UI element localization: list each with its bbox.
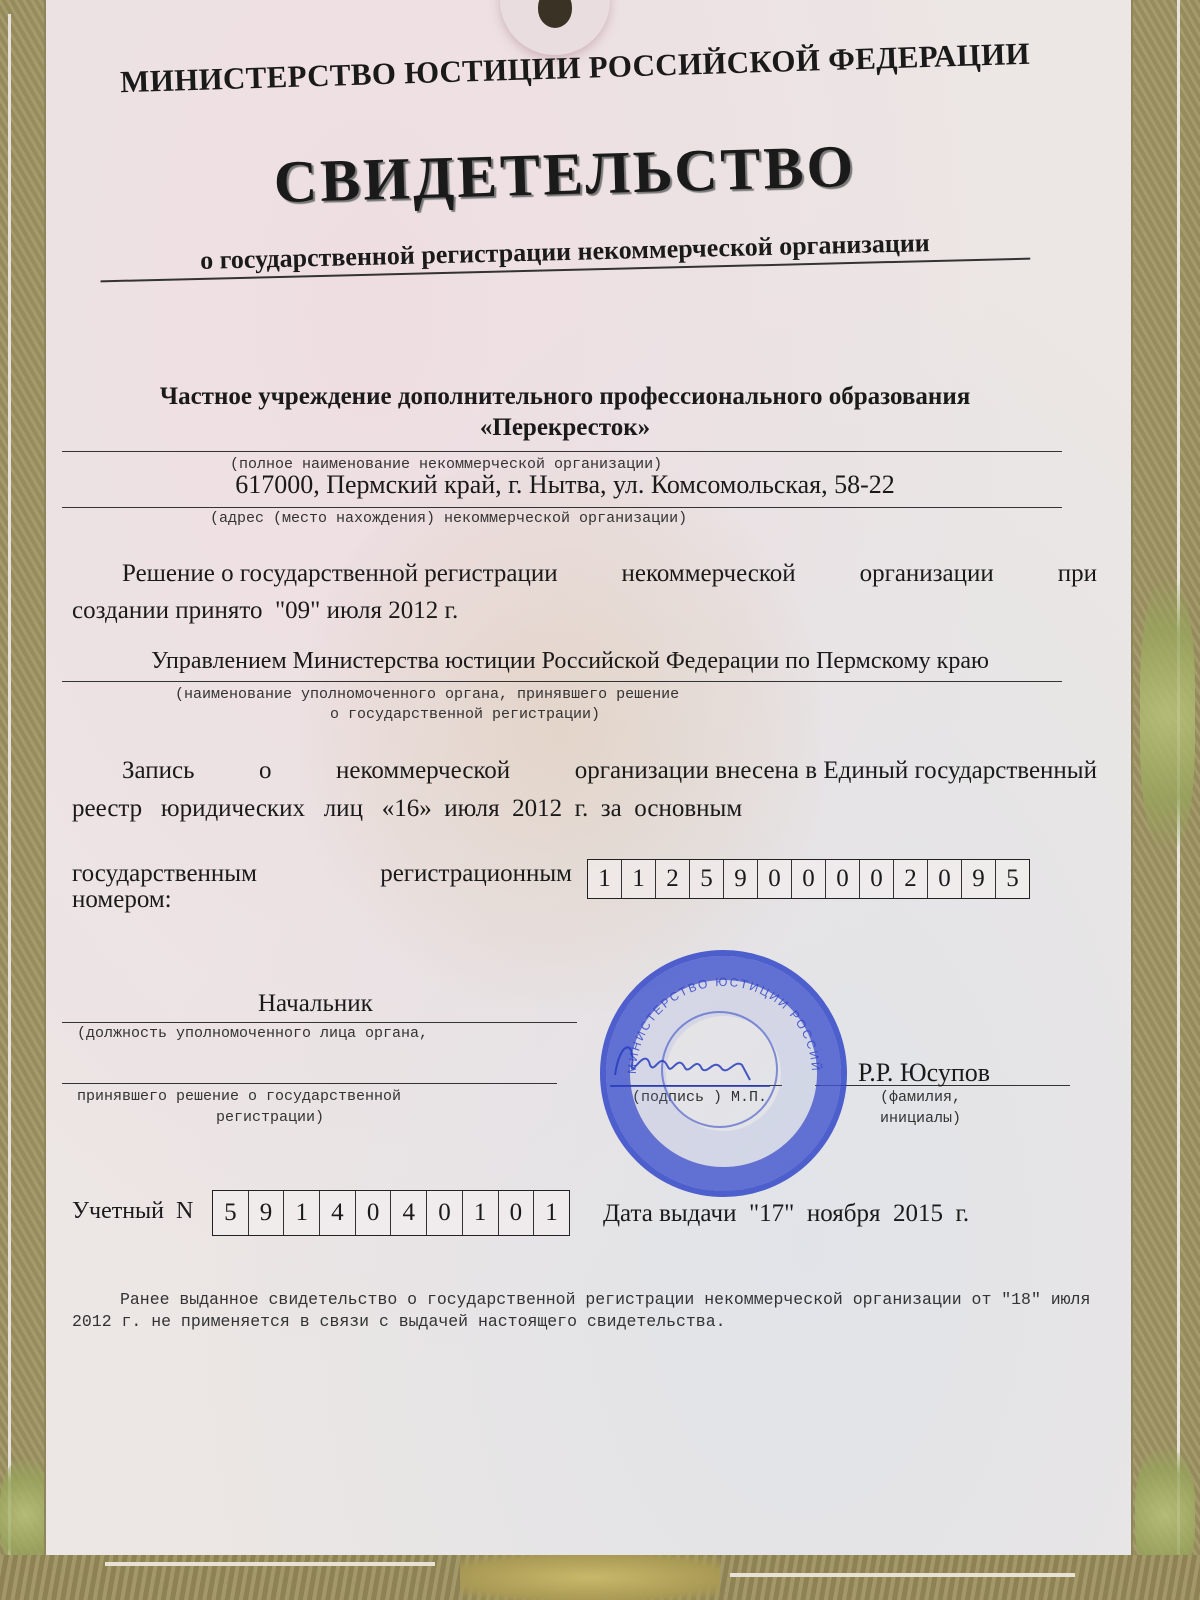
- record-line-1: Запись о некоммерческой организации внес…: [122, 757, 1097, 785]
- authority-caption-1: (наименование уполномоченного органа, пр…: [175, 686, 679, 703]
- digit-cell: 9: [724, 860, 758, 898]
- border-line-left: [8, 14, 11, 1574]
- position-caption-3: регистрации): [216, 1109, 324, 1126]
- digit-cell: 5: [996, 860, 1029, 898]
- name-caption-1: (фамилия,: [880, 1089, 961, 1106]
- digit-cell: 0: [427, 1191, 463, 1235]
- decision-line-2: создании принято "09" июля 2012 г.: [72, 597, 458, 625]
- signatory-position: Начальник: [258, 990, 373, 1018]
- digit-cell: 0: [826, 860, 860, 898]
- rule-line: [62, 1083, 557, 1084]
- digit-cell: 0: [928, 860, 962, 898]
- digit-cell: 5: [213, 1191, 249, 1235]
- digit-cell: 9: [962, 860, 996, 898]
- address-caption: (адрес (место нахождения) некоммерческой…: [210, 510, 687, 527]
- decision-line-1: Решение о государственной регистрации не…: [122, 560, 1097, 588]
- text-segment: о: [259, 757, 272, 785]
- handwritten-signature: [610, 1035, 770, 1087]
- record-line-2: реестр юридических лиц «16» июля 2012 г.…: [72, 795, 742, 823]
- digit-cell: 1: [463, 1191, 499, 1235]
- border-bottom-bar-left: [105, 1562, 435, 1566]
- digit-cell: 2: [656, 860, 690, 898]
- authority-caption-2: о государственной регистрации): [330, 706, 600, 723]
- text-segment: организации: [860, 560, 994, 588]
- digit-cell: 0: [499, 1191, 535, 1235]
- digit-cell: 0: [758, 860, 792, 898]
- registering-authority: Управлением Министерства юстиции Российс…: [80, 648, 1060, 675]
- accounting-number-label: Учетный N: [72, 1198, 193, 1225]
- accounting-number-box: 5914040101: [212, 1190, 570, 1236]
- rule-line: [62, 451, 1062, 452]
- text-segment: некоммерческой: [622, 560, 796, 588]
- digit-cell: 5: [690, 860, 724, 898]
- text-segment: некоммерческой: [336, 757, 510, 785]
- double-headed-eagle-icon: [538, 0, 572, 28]
- rule-line: [62, 507, 1062, 508]
- text-segment: Решение о государственной регистрации: [122, 560, 558, 588]
- position-caption-1: (должность уполномоченного лица органа,: [77, 1025, 428, 1042]
- text-segment: при: [1058, 560, 1097, 588]
- digit-cell: 4: [320, 1191, 356, 1235]
- digit-cell: 1: [534, 1191, 569, 1235]
- digit-cell: 1: [284, 1191, 320, 1235]
- issue-date: Дата выдачи "17" ноября 2015 г.: [603, 1200, 969, 1228]
- digit-cell: 4: [391, 1191, 427, 1235]
- digit-cell: 9: [249, 1191, 285, 1235]
- signatory-name: Р.Р. Юсупов: [858, 1058, 990, 1088]
- rule-line: [62, 1022, 577, 1023]
- border-ornament-right: [1140, 580, 1195, 850]
- ogrn-number-box: 1125900002095: [587, 859, 1030, 899]
- digit-cell: 1: [588, 860, 622, 898]
- organization-name: Частное учреждение дополнительного профе…: [80, 383, 1050, 411]
- text-segment: Запись: [122, 757, 195, 785]
- name-caption-2: инициалы): [880, 1110, 961, 1127]
- organization-address: 617000, Пермский край, г. Нытва, ул. Ком…: [80, 470, 1050, 500]
- position-caption-2: принявшего решение о государственной: [77, 1088, 401, 1105]
- ogrn-label-2: номером:: [72, 886, 172, 914]
- digit-cell: 0: [356, 1191, 392, 1235]
- ogrn-label: государственным регистрационным: [72, 860, 572, 888]
- border-bottom-ornament: [460, 1555, 720, 1600]
- border-ornament-bottom-left: [0, 1460, 50, 1570]
- text-segment: государственным: [72, 860, 257, 888]
- organization-short-name: «Перекресток»: [80, 414, 1050, 442]
- digit-cell: 0: [860, 860, 894, 898]
- digit-cell: 0: [792, 860, 826, 898]
- text-segment: регистрационным: [380, 860, 572, 888]
- digit-cell: 2: [894, 860, 928, 898]
- footnote-text: Ранее выданное свидетельство о государст…: [72, 1290, 1090, 1331]
- digit-cell: 1: [622, 860, 656, 898]
- border-bottom-bar-right: [730, 1573, 1075, 1577]
- footnote: Ранее выданное свидетельство о государст…: [72, 1289, 1092, 1333]
- rule-line: [62, 681, 1062, 682]
- text-segment: организации внесена в Единый государстве…: [575, 757, 1097, 785]
